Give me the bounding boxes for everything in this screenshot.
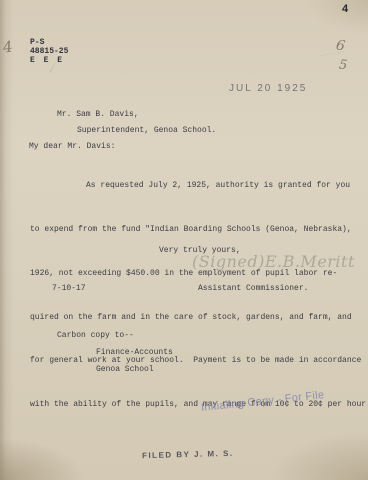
reference-number: 7-10-17: [52, 284, 86, 293]
recipient-name: Mr. Sam B. Davis,: [57, 110, 139, 119]
body-line: to expend from the fund "Indian Boarding…: [30, 223, 368, 238]
handwritten-mark-right-2: 5: [338, 58, 348, 74]
body-line: As requested July 2, 1925, authority is …: [30, 179, 368, 194]
filed-by-stamp: FILED BY J. M. S.: [142, 449, 234, 460]
file-code-line2: 48815-25: [30, 47, 68, 56]
body-line: quired on the farm and in the care of st…: [30, 311, 368, 326]
file-code-line3: E E E: [30, 56, 64, 65]
carbon-copy-heading: Carbon copy to--: [57, 331, 134, 340]
recipient-title: Superintendent, Genoa School.: [77, 126, 216, 135]
page-number-mark: 4: [342, 3, 348, 15]
date-received-stamp: JUL 20 1925: [229, 83, 307, 94]
body-line: for general work at your school. Payment…: [30, 354, 368, 369]
carbon-copy-line1: Finance-Accounts: [96, 348, 173, 357]
handwritten-mark-left: 4: [2, 37, 14, 56]
letter-scan-page: P-S 48815-25 E E E 4 4 6 5 JUL 20 1925 M…: [0, 0, 368, 480]
handwritten-mark-right-1: 6: [335, 37, 347, 54]
signature-stamp: (Signed)E.B.Meritt: [192, 252, 355, 271]
signer-title: Assistant Commissioner.: [198, 284, 308, 293]
file-code-line1: P-S: [30, 38, 44, 47]
carbon-copy-line2: Genoa School: [96, 365, 154, 374]
